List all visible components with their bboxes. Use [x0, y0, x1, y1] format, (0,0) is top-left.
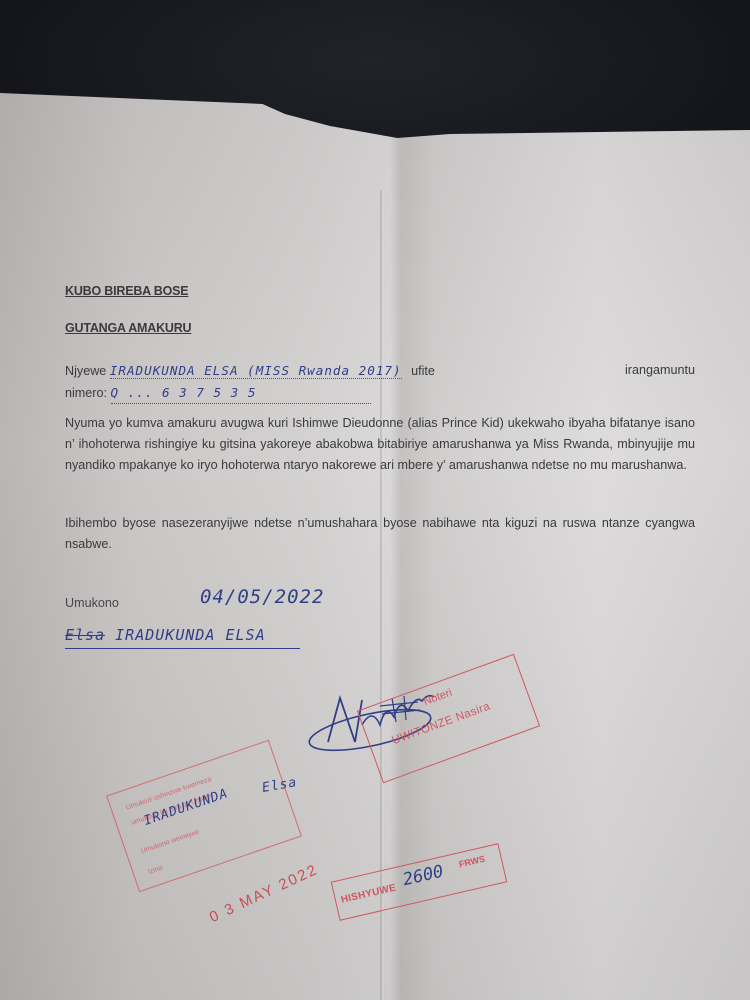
- notary-name: UWITONZE Nasira: [390, 700, 491, 747]
- fee-currency: FRWS: [458, 854, 486, 870]
- id-label-suffix: ufite: [411, 364, 435, 378]
- signature-name: IRADUKUNDA ELSA: [115, 626, 265, 644]
- declarant-intro: Njyewe: [65, 364, 106, 378]
- fee-label: HISHYUWE: [340, 882, 397, 905]
- heading-statement: GUTANGA AMAKURU: [65, 318, 191, 339]
- registry-line: Umukono wemejwe: [140, 829, 200, 856]
- paragraph-statement: Nyuma yo kumva amakuru avugwa kuri Ishim…: [65, 413, 695, 476]
- heading-to-whom: KUBO BIREBA BOSE: [65, 281, 188, 302]
- signature-name-line: Elsa IRADUKUNDA ELSA: [65, 625, 300, 649]
- fee-amount: 2600: [401, 862, 445, 891]
- id-prefix: nimero:: [65, 386, 107, 400]
- notary-role: Noteri: [422, 687, 454, 708]
- signature-struck-word: Elsa: [65, 626, 105, 644]
- declarant-name: IRADUKUNDA ELSA (MISS Rwanda 2017): [110, 363, 402, 379]
- id-label-word: irangamuntu: [625, 360, 695, 382]
- signature-date: 04/05/2022: [200, 587, 324, 608]
- declarant-line: Njyewe IRADUKUNDA ELSA (MISS Rwanda 2017…: [65, 360, 695, 404]
- paper-shading: [0, 0, 750, 1000]
- paragraph-rewards: Ibihembo byose nasezeranyijwe ndetse n’u…: [65, 513, 695, 555]
- id-number: Q ... 6 3 7 5 3 5: [111, 382, 371, 404]
- registry-line: Izina: [147, 865, 163, 876]
- signature-label: Umukono: [65, 593, 119, 614]
